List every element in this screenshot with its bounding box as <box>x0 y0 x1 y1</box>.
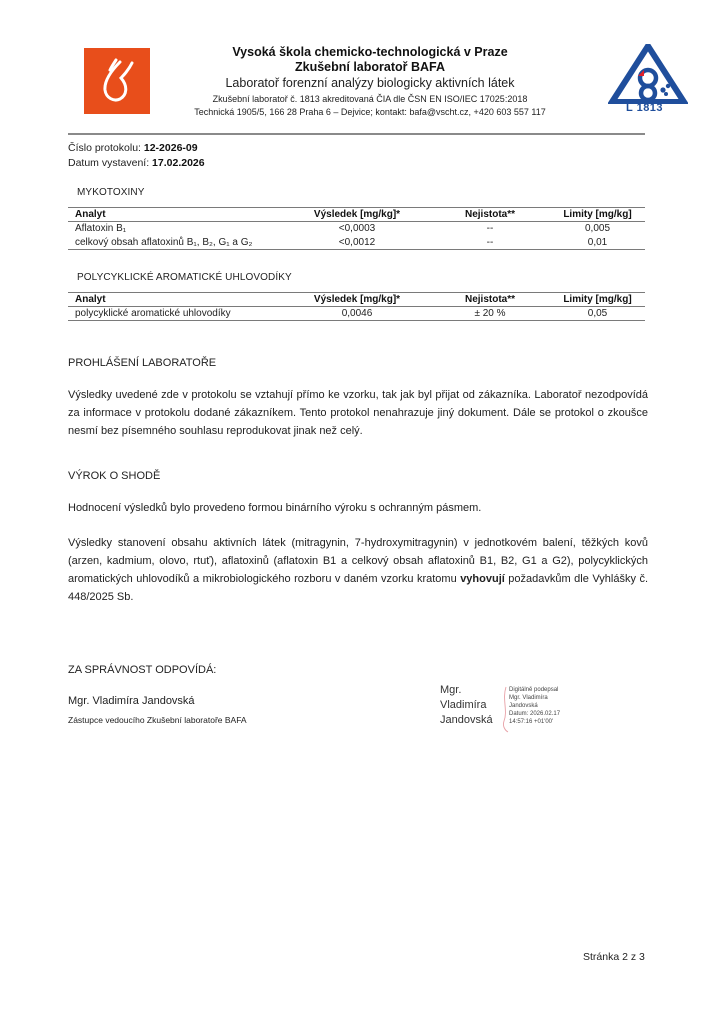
col-uncertainty: Nejistota** <box>430 293 550 307</box>
cia-accreditation-logo-icon: L 1813 <box>608 44 688 120</box>
pah-table: Analyt Výsledek [mg/kg]* Nejistota** Lim… <box>68 292 645 321</box>
analyte-cell: Aflatoxin B₁ <box>68 222 284 236</box>
analyte-cell: celkový obsah aflatoxinů B₁, B₂, G₁ a G₂ <box>68 236 284 250</box>
section-mycotoxins-label: MYKOTOXINY <box>77 187 145 198</box>
issue-date-value: 17.02.2026 <box>152 157 205 169</box>
vscht-drop-logo-icon <box>84 48 150 114</box>
col-limit: Limity [mg/kg] <box>550 293 645 307</box>
protocol-meta: Číslo protokolu: 12-2026-09 Datum vystav… <box>68 141 205 171</box>
lab-name: Zkušební laboratoř BAFA <box>170 60 570 75</box>
digital-signature[interactable]: Mgr. Vladimíra Jandovská Digitálně podep… <box>440 683 590 733</box>
col-result: Výsledek [mg/kg]* <box>284 293 430 307</box>
limit-cell: 0,005 <box>550 222 645 236</box>
col-result: Výsledek [mg/kg]* <box>284 208 430 222</box>
digital-signature-details: Digitálně podepsal Mgr. Vladimíra Jandov… <box>509 686 560 726</box>
uncertainty-cell: -- <box>430 236 550 250</box>
conformity-paragraph-2: Výsledky stanovení obsahu aktivních láte… <box>68 534 648 606</box>
col-analyte: Analyt <box>68 293 284 307</box>
protocol-number-label: Číslo protokolu: <box>68 142 141 154</box>
page-number: Stránka 2 z 3 <box>583 951 645 963</box>
col-analyte: Analyt <box>68 208 284 222</box>
accreditation-line: Zkušební laboratoř č. 1813 akreditovaná … <box>170 92 570 106</box>
protocol-number-value: 12-2026-09 <box>144 142 198 154</box>
signatory-name: Mgr. Vladimíra Jandovská <box>68 695 195 707</box>
mycotoxins-table: Analyt Výsledek [mg/kg]* Nejistota** Lim… <box>68 207 645 250</box>
table-row: celkový obsah aflatoxinů B₁, B₂, G₁ a G₂… <box>68 236 645 250</box>
document-page: Vysoká škola chemicko-technologická v Pr… <box>0 0 724 1024</box>
limit-cell: 0,01 <box>550 236 645 250</box>
declaration-text: Výsledky uvedené zde v protokolu se vzta… <box>68 386 648 440</box>
uncertainty-cell: ± 20 % <box>430 307 550 321</box>
conformity-verdict: vyhovují <box>460 573 505 585</box>
digital-signature-name: Mgr. Vladimíra Jandovská <box>440 683 493 728</box>
issue-date-label: Datum vystavení: <box>68 157 149 169</box>
section-pah-label: POLYCYKLICKÉ AROMATICKÉ UHLOVODÍKY <box>77 272 292 283</box>
institution-name: Vysoká škola chemicko-technologická v Pr… <box>170 45 570 60</box>
protocol-number-row: Číslo protokolu: 12-2026-09 <box>68 141 205 156</box>
table-header-row: Analyt Výsledek [mg/kg]* Nejistota** Lim… <box>68 293 645 307</box>
analyte-cell: polycyklické aromatické uhlovodíky <box>68 307 284 321</box>
table-row: Aflatoxin B₁ <0,0003 -- 0,005 <box>68 222 645 236</box>
signature-heading: ZA SPRÁVNOST ODPOVÍDÁ: <box>68 664 216 676</box>
table-header-row: Analyt Výsledek [mg/kg]* Nejistota** Lim… <box>68 208 645 222</box>
declaration-heading: PROHLÁŠENÍ LABORATOŘE <box>68 357 216 369</box>
accreditation-code: L 1813 <box>626 102 663 114</box>
limit-cell: 0,05 <box>550 307 645 321</box>
result-cell: 0,0046 <box>284 307 430 321</box>
signatory-role: Zástupce vedoucího Zkušební laboratoře B… <box>68 715 247 725</box>
header-divider <box>68 133 645 135</box>
letterhead: Vysoká škola chemicko-technologická v Pr… <box>170 45 570 119</box>
result-cell: <0,0003 <box>284 222 430 236</box>
conformity-paragraph-1: Hodnocení výsledků bylo provedeno formou… <box>68 499 648 517</box>
issue-date-row: Datum vystavení: 17.02.2026 <box>68 156 205 171</box>
result-cell: <0,0012 <box>284 236 430 250</box>
contact-line: Technická 1905/5, 166 28 Praha 6 – Dejvi… <box>170 106 570 119</box>
col-limit: Limity [mg/kg] <box>550 208 645 222</box>
col-uncertainty: Nejistota** <box>430 208 550 222</box>
uncertainty-cell: -- <box>430 222 550 236</box>
conformity-heading: VÝROK O SHODĚ <box>68 470 160 482</box>
lab-subtitle: Laboratoř forenzní analýzy biologicky ak… <box>170 75 570 92</box>
table-row: polycyklické aromatické uhlovodíky 0,004… <box>68 307 645 321</box>
